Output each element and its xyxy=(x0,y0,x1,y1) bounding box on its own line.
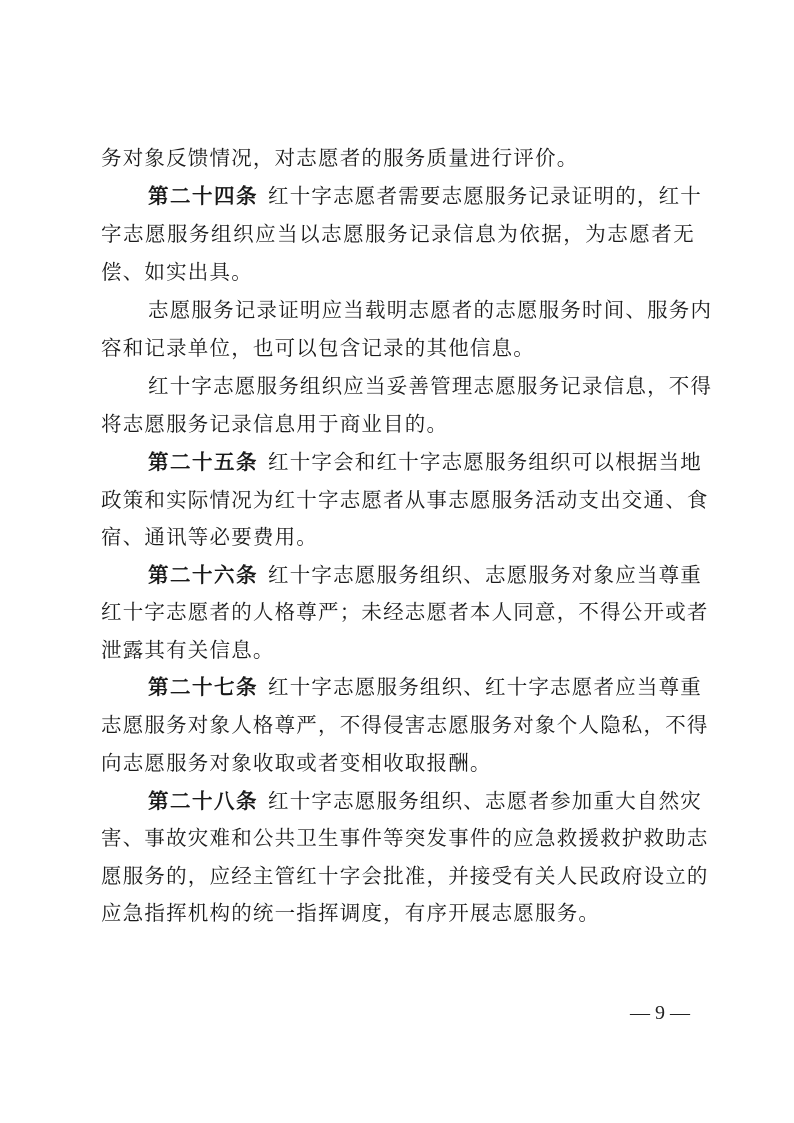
article-heading: 第二十四条 xyxy=(148,184,258,208)
text-line: 泄露其有关信息。 xyxy=(101,635,695,665)
text-line: 字志愿服务组织应当以志愿服务记录信息为依据，为志愿者无 xyxy=(101,219,695,249)
document-page: 务对象反馈情况，对志愿者的服务质量进行评价。 第二十四条红十字志愿者需要志愿服务… xyxy=(0,0,794,1123)
text-line: 红十字志愿者的人格尊严；未经志愿者本人同意，不得公开或者 xyxy=(101,597,695,627)
text-line: 政策和实际情况为红十字志愿者从事志愿服务活动支出交通、食 xyxy=(101,485,695,515)
text-span: 红十字志愿服务组织、红十字志愿者应当尊重 xyxy=(268,675,702,699)
text-line: 红十字志愿服务组织应当妥善管理志愿服务记录信息，不得 xyxy=(148,371,695,401)
text-line: 容和记录单位，也可以包含记录的其他信息。 xyxy=(101,333,695,363)
text-line: 将志愿服务记录信息用于商业目的。 xyxy=(101,409,695,439)
text-span: 红十字会和红十字志愿服务组织可以根据当地 xyxy=(268,450,702,474)
text-line: 应急指挥机构的统一指挥调度，有序开展志愿服务。 xyxy=(101,898,695,928)
article-28-line-1: 第二十八条红十字志愿服务组织、志愿者参加重大自然灾 xyxy=(148,786,695,816)
article-heading: 第二十六条 xyxy=(148,563,258,587)
text-line: 志愿服务记录证明应当载明志愿者的志愿服务时间、服务内 xyxy=(148,295,695,325)
text-line: 志愿服务对象人格尊严，不得侵害志愿服务对象个人隐私，不得 xyxy=(101,710,695,740)
article-heading: 第二十五条 xyxy=(148,450,258,474)
article-heading: 第二十八条 xyxy=(148,789,258,813)
text-span: 红十字志愿者需要志愿服务记录证明的，红十 xyxy=(268,184,702,208)
article-26-line-1: 第二十六条红十字志愿服务组织、志愿服务对象应当尊重 xyxy=(148,560,695,590)
text-span: 红十字志愿服务组织、志愿服务对象应当尊重 xyxy=(268,563,702,587)
article-heading: 第二十七条 xyxy=(148,675,258,699)
article-25-line-1: 第二十五条红十字会和红十字志愿服务组织可以根据当地 xyxy=(148,447,695,477)
text-line: 向志愿服务对象收取或者变相收取报酬。 xyxy=(101,748,695,778)
page-number: — 9 — xyxy=(620,1000,700,1026)
text-line: 务对象反馈情况，对志愿者的服务质量进行评价。 xyxy=(101,143,695,173)
article-24-line-1: 第二十四条红十字志愿者需要志愿服务记录证明的，红十 xyxy=(148,181,695,211)
text-span: 红十字志愿服务组织、志愿者参加重大自然灾 xyxy=(268,789,702,813)
text-line: 宿、通讯等必要费用。 xyxy=(101,522,695,552)
text-line: 偿、如实出具。 xyxy=(101,257,695,287)
text-line: 愿服务的，应经主管红十字会批准，并接受有关人民政府设立的 xyxy=(101,861,695,891)
article-27-line-1: 第二十七条红十字志愿服务组织、红十字志愿者应当尊重 xyxy=(148,672,695,702)
text-line: 害、事故灾难和公共卫生事件等突发事件的应急救援救护救助志 xyxy=(101,823,695,853)
